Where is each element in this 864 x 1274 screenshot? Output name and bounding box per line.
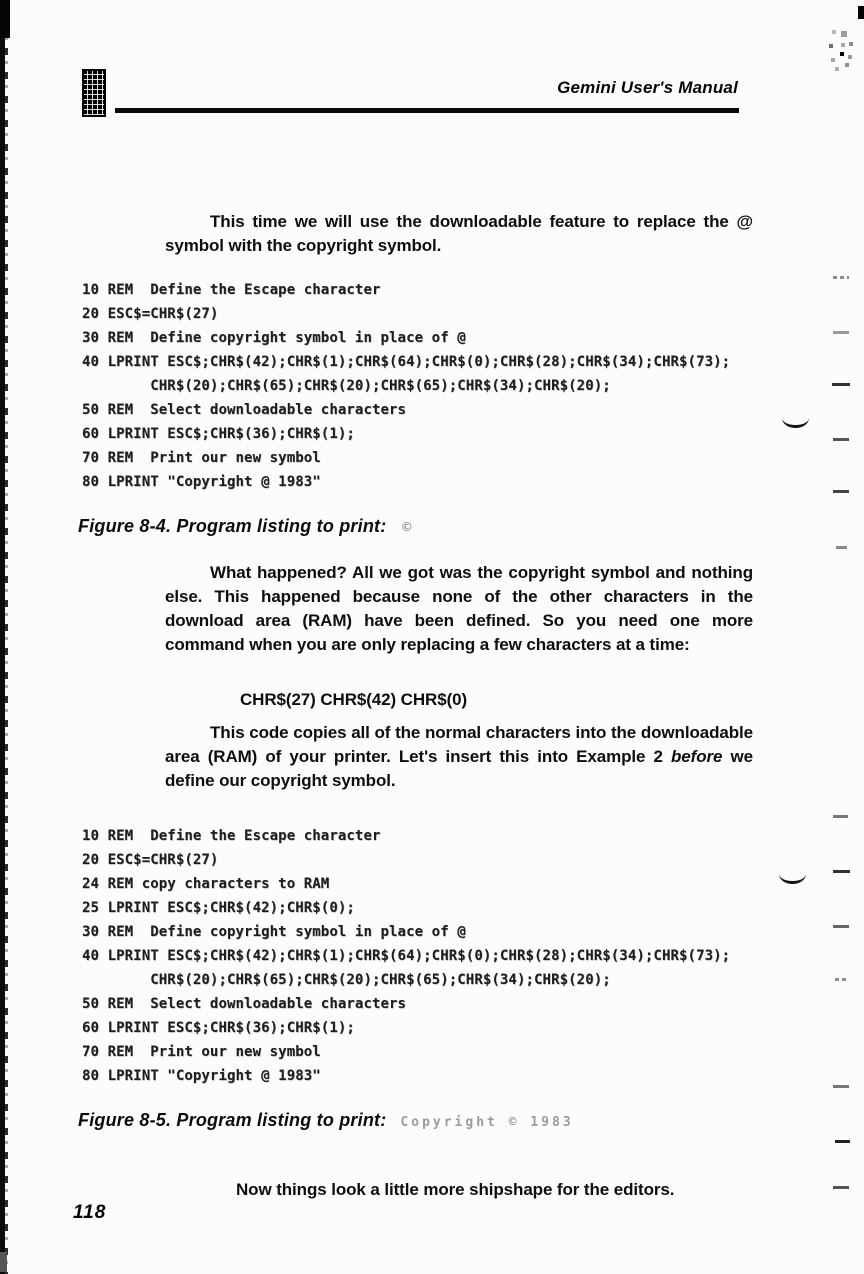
command-line: CHR$(27) CHR$(42) CHR$(0) (240, 688, 467, 712)
program-listing-1: 10 REM Define the Escape character 20 ES… (82, 278, 730, 494)
scan-edge-corner (0, 0, 10, 38)
scan-artifact-dash (836, 546, 847, 549)
program-listing-2: 10 REM Define the Escape character 20 ES… (82, 824, 730, 1088)
scan-edge-nub (0, 1252, 7, 1272)
scan-artifact-dash (833, 1085, 849, 1088)
scan-artifact-dash (833, 490, 849, 493)
code-copies-text-before: This code copies all of the normal chara… (165, 723, 753, 766)
page-number: 118 (73, 1202, 106, 1224)
scan-artifact-dash (833, 870, 850, 873)
scan-edge-strip (0, 0, 5, 1274)
figure-8-4-caption-text: Figure 8-4. Program listing to print: (78, 516, 386, 536)
figure-8-4-printed-output: © (402, 518, 411, 536)
scan-artifact-check (779, 872, 806, 884)
scan-artifact-dash (833, 438, 849, 441)
figure-8-5-caption: Figure 8-5. Program listing to print:Cop… (78, 1110, 574, 1131)
intro-paragraph: This time we will use the downloadable f… (165, 210, 753, 258)
scan-artifact-dash (835, 1140, 850, 1143)
figure-8-4-caption: Figure 8-4. Program listing to print:© (78, 516, 412, 537)
scan-artifact-dash (833, 925, 849, 928)
scan-artifact-tick (858, 6, 864, 19)
scan-artifact-dash (833, 331, 849, 334)
scan-speckles (832, 30, 836, 34)
code-copies-paragraph: This code copies all of the normal chara… (165, 721, 753, 793)
what-happened-paragraph: What happened? All we got was the copyri… (165, 561, 753, 657)
manual-page: Gemini User's Manual This time we will u… (0, 0, 864, 1274)
dot-matrix-logo-icon (82, 69, 106, 117)
figure-8-5-caption-text: Figure 8-5. Program listing to print: (78, 1110, 386, 1130)
header-rule (115, 108, 739, 113)
scan-artifact-dash (833, 1186, 849, 1189)
scan-artifact-dash (832, 383, 850, 386)
closing-paragraph: Now things look a little more shipshape … (236, 1178, 674, 1202)
scan-artifact-check (782, 416, 809, 428)
scan-artifact-dash (833, 276, 849, 279)
scan-artifact-dash (833, 815, 848, 818)
figure-8-5-printed-output: Copyright © 1983 (400, 1115, 573, 1130)
scan-artifact-dash (835, 978, 848, 981)
manual-title: Gemini User's Manual (557, 78, 738, 98)
code-copies-italic-word: before (671, 747, 722, 766)
